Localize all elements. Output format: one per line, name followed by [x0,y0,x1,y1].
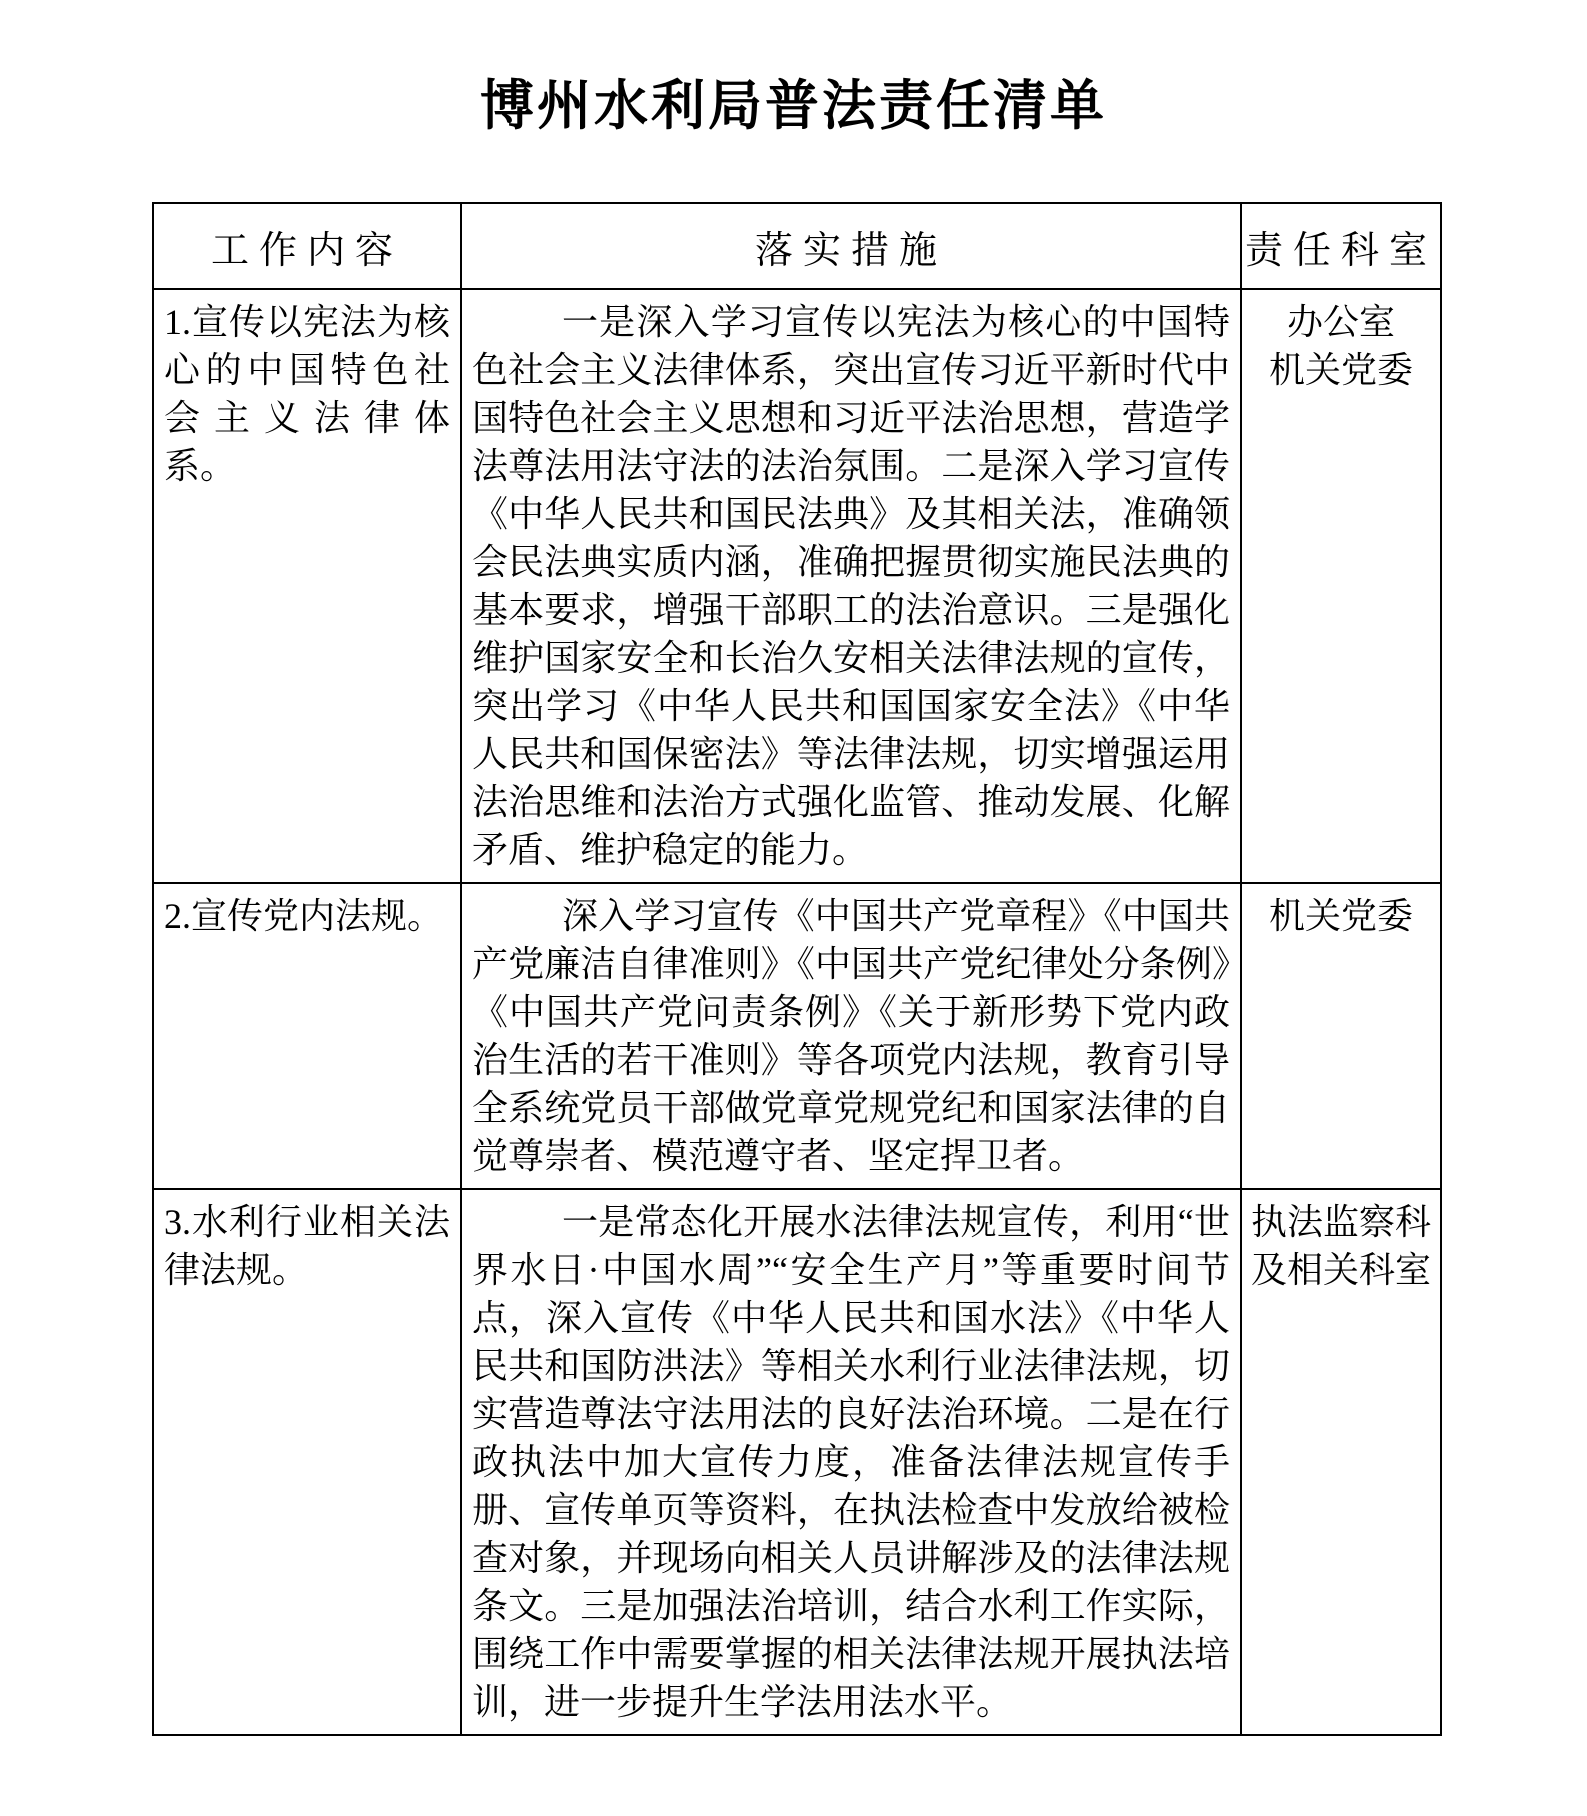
department-line: 机关党委 [1246,346,1436,394]
column-header-work-content: 工作内容 [153,203,461,289]
responsibility-table: 工作内容 落实措施 责任科室 1.宣传以宪法为核心的中国特色社会主义法律体系。 … [152,202,1442,1736]
department-line: 办公室 [1246,298,1436,346]
work-content-text: 3.水利行业相关法律法规。 [164,1198,450,1294]
department-line: 执法监察科 [1246,1198,1436,1246]
measures-text: 深入学习宣传《中国共产党章程》《中国共产党廉洁自律准则》《中国共产党纪律处分条例… [472,892,1230,1180]
cell-measures: 一是常态化开展水法律法规宣传，利用“世界水日·中国水周”“安全生产月”等重要时间… [461,1189,1241,1735]
department-line: 机关党委 [1246,892,1436,940]
cell-work-content: 3.水利行业相关法律法规。 [153,1189,461,1735]
cell-work-content: 1.宣传以宪法为核心的中国特色社会主义法律体系。 [153,289,461,883]
table-row: 3.水利行业相关法律法规。 一是常态化开展水法律法规宣传，利用“世界水日·中国水… [153,1189,1441,1735]
cell-measures: 深入学习宣传《中国共产党章程》《中国共产党廉洁自律准则》《中国共产党纪律处分条例… [461,883,1241,1189]
page-title: 博州水利局普法责任清单 [0,0,1587,138]
cell-department: 办公室 机关党委 [1241,289,1441,883]
cell-work-content: 2.宣传党内法规。 [153,883,461,1189]
measures-text: 一是常态化开展水法律法规宣传，利用“世界水日·中国水周”“安全生产月”等重要时间… [472,1198,1230,1726]
work-content-text: 1.宣传以宪法为核心的中国特色社会主义法律体系。 [164,298,450,490]
department-line: 及相关科室 [1246,1246,1436,1294]
table-row: 1.宣传以宪法为核心的中国特色社会主义法律体系。 一是深入学习宣传以宪法为核心的… [153,289,1441,883]
cell-measures: 一是深入学习宣传以宪法为核心的中国特色社会主义法律体系，突出宣传习近平新时代中国… [461,289,1241,883]
cell-department: 机关党委 [1241,883,1441,1189]
cell-department: 执法监察科 及相关科室 [1241,1189,1441,1735]
work-content-text: 2.宣传党内法规。 [164,892,450,940]
column-header-measures: 落实措施 [461,203,1241,289]
measures-text: 一是深入学习宣传以宪法为核心的中国特色社会主义法律体系，突出宣传习近平新时代中国… [472,298,1230,874]
table-row: 2.宣传党内法规。 深入学习宣传《中国共产党章程》《中国共产党廉洁自律准则》《中… [153,883,1441,1189]
column-header-department: 责任科室 [1241,203,1441,289]
header-row: 工作内容 落实措施 责任科室 [153,203,1441,289]
